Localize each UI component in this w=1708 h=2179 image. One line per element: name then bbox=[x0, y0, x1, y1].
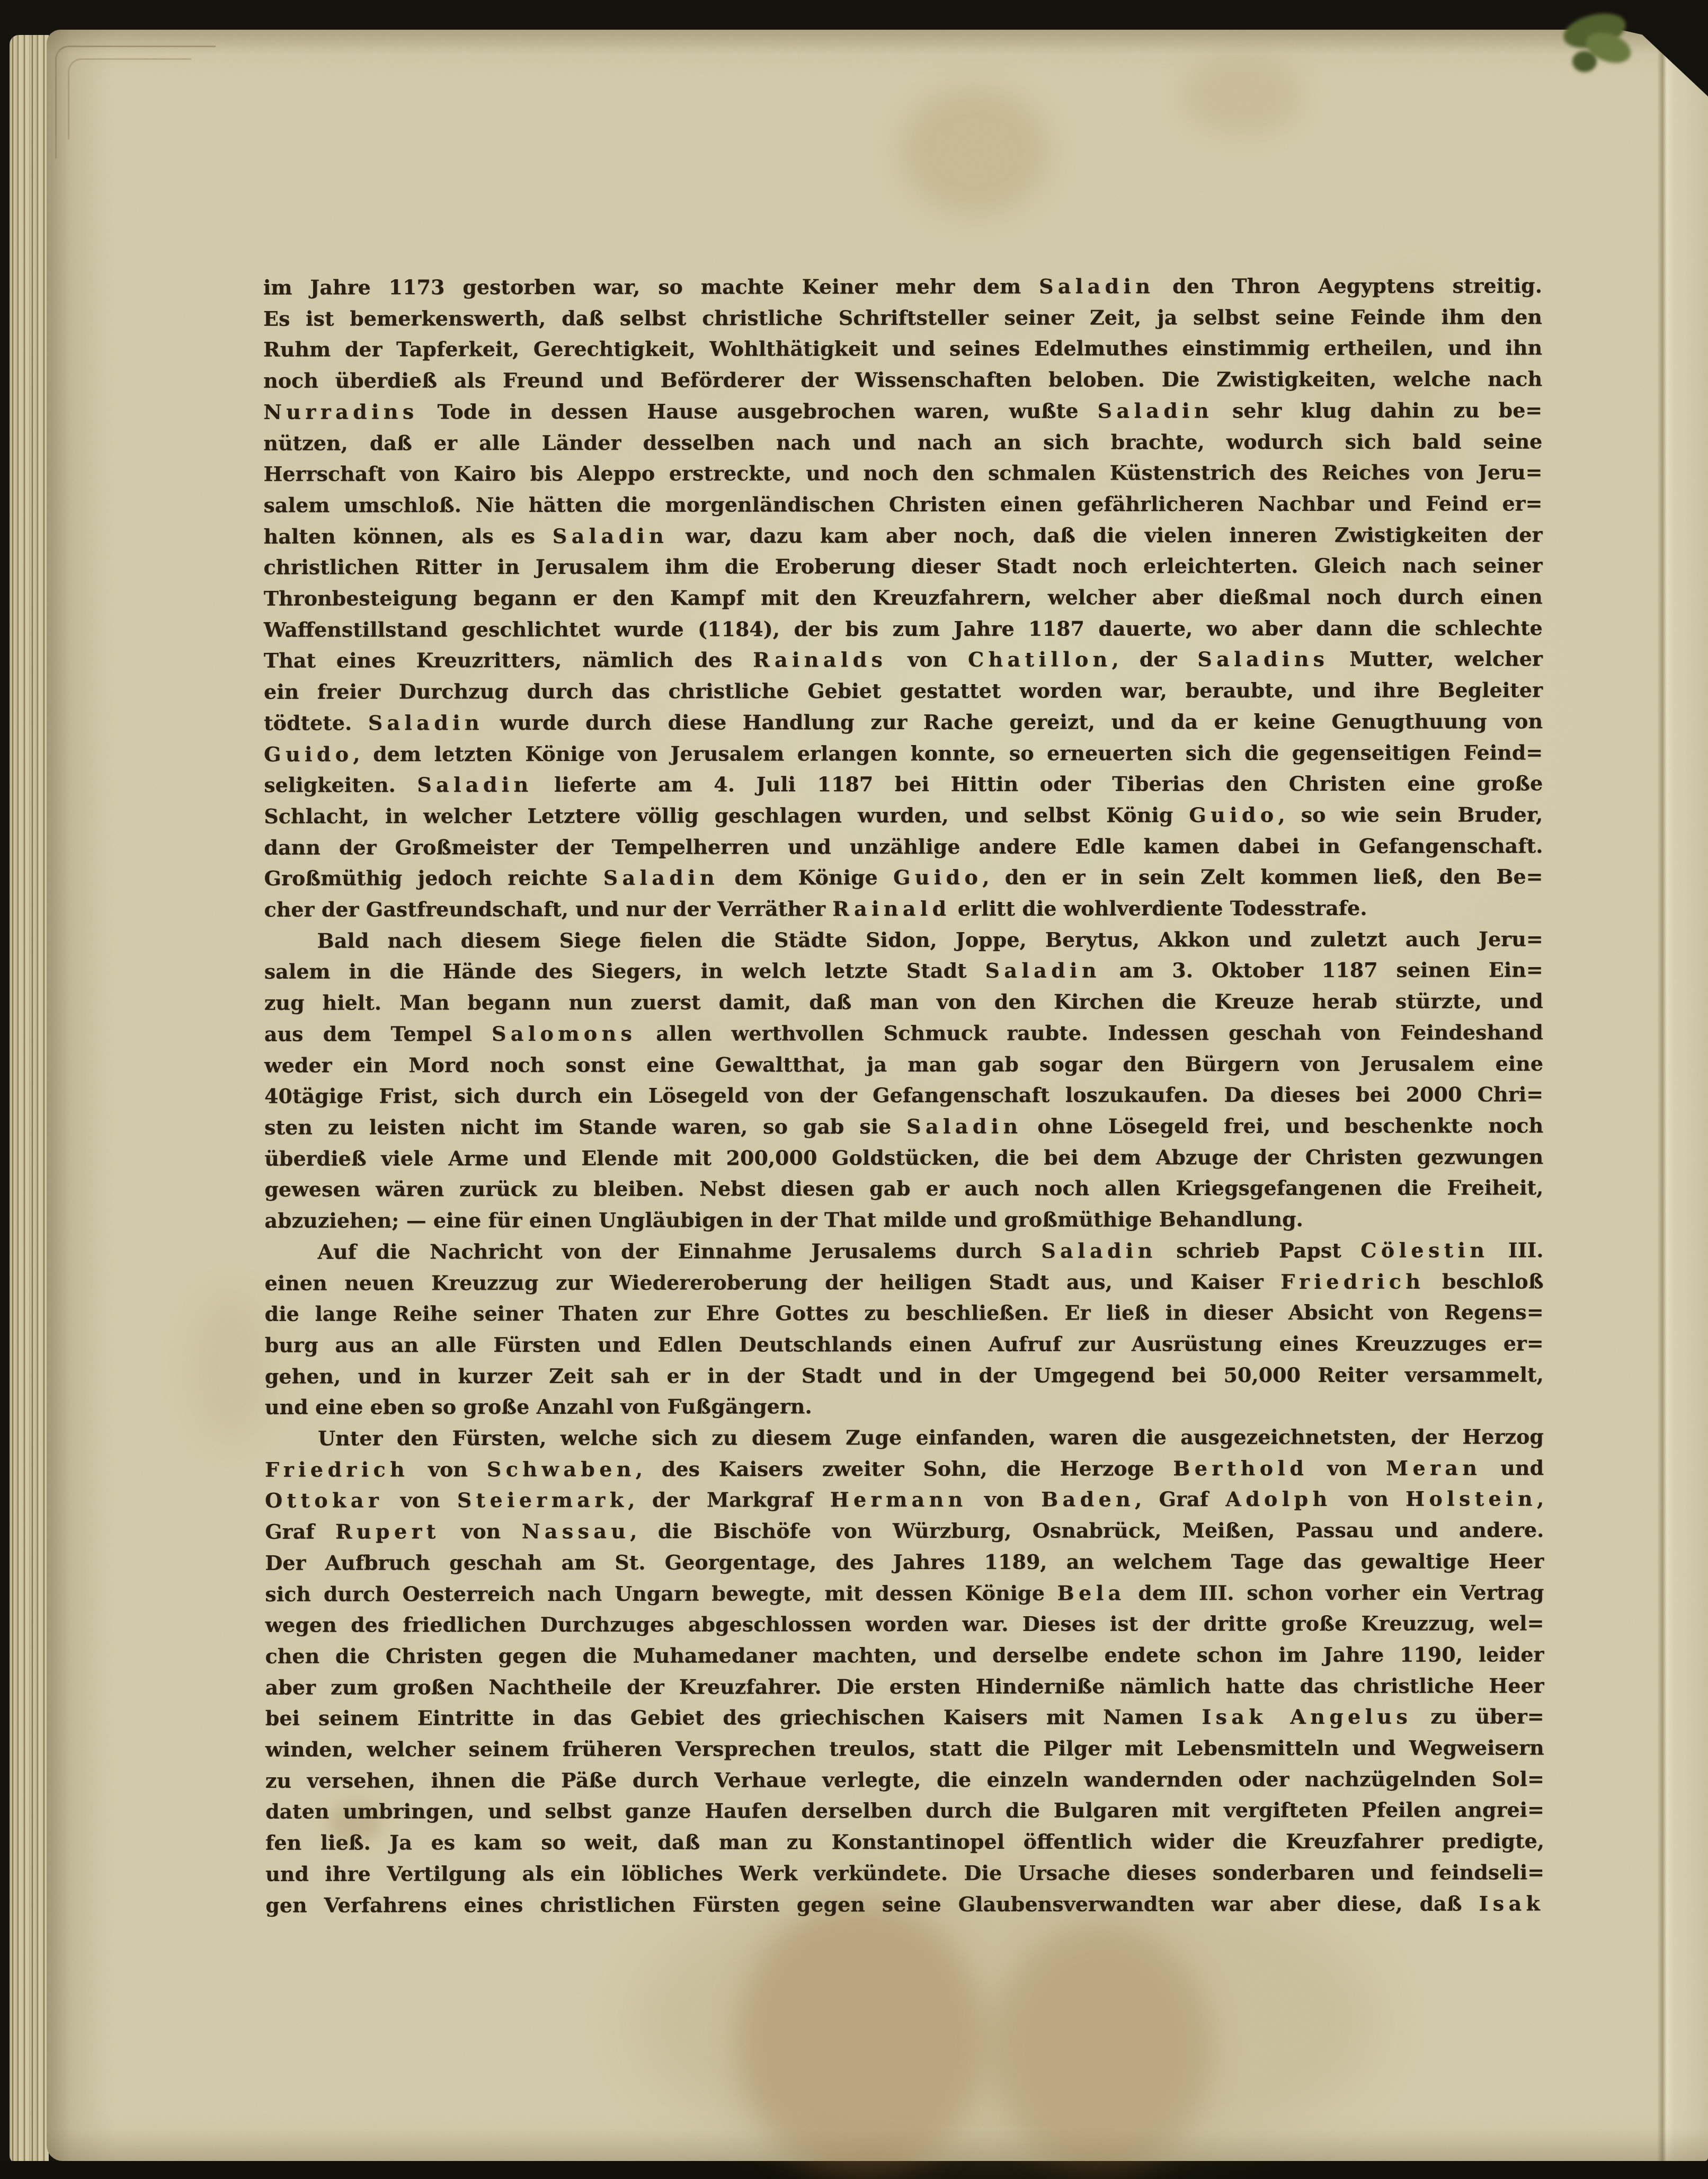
text-line: ein freier Durchzug durch das christlich… bbox=[264, 675, 1543, 707]
letter-spaced-name: Hermann bbox=[830, 1487, 967, 1511]
text-line: Auf die Nachricht von der Einnahme Jerus… bbox=[264, 1235, 1543, 1268]
letter-spaced-name: Saladin bbox=[1098, 398, 1213, 422]
text-line: Waffenstillstand geschlichtet wurde (118… bbox=[264, 613, 1543, 645]
text-line: christlichen Ritter in Jerusalem ihm die… bbox=[264, 551, 1543, 583]
letter-spaced-name: Friedrich bbox=[265, 1457, 409, 1481]
letter-spaced-name: Saladin bbox=[368, 711, 484, 734]
letter-spaced-name: Saladin bbox=[603, 866, 719, 890]
text-line: aus dem Tempel Salomons allen werthvolle… bbox=[264, 1017, 1543, 1050]
text-line: salem umschloß. Nie hätten die morgenlän… bbox=[263, 488, 1542, 521]
text-line: weder ein Mord noch sonst eine Gewalttha… bbox=[264, 1048, 1543, 1081]
text-line: Ruhm der Tapferkeit, Gerechtigkeit, Wohl… bbox=[263, 333, 1542, 366]
text-line: zu versehen, ihnen die Päße durch Verhau… bbox=[265, 1764, 1544, 1796]
text-line: chen die Christen gegen die Muhamedaner … bbox=[265, 1639, 1544, 1672]
text-line: Friedrich von Schwaben, des Kaisers zwei… bbox=[265, 1452, 1544, 1485]
text-line: daten umbringen, und selbst ganze Haufen… bbox=[265, 1795, 1544, 1828]
letter-spaced-name: Bela bbox=[1057, 1581, 1126, 1605]
letter-spaced-name: Salomons bbox=[492, 1022, 636, 1046]
letter-spaced-name: Rainald bbox=[832, 897, 950, 920]
page-text-block: im Jahre 1173 gestorben war, so machte K… bbox=[263, 270, 1544, 1921]
letter-spaced-name: Guido bbox=[1189, 803, 1278, 827]
text-line: wegen des friedlichen Durchzuges abgesch… bbox=[265, 1608, 1544, 1641]
text-line: Herrschaft von Kairo bis Aleppo erstreck… bbox=[263, 457, 1542, 490]
text-line: seligkeiten. Saladin lieferte am 4. Juli… bbox=[264, 768, 1543, 801]
page-stack-edges bbox=[10, 35, 49, 2163]
letter-spaced-name: Ottokar bbox=[265, 1489, 383, 1512]
letter-spaced-name: Nassau bbox=[522, 1519, 630, 1543]
text-line: bei seinem Eintritte in das Gebiet des g… bbox=[265, 1702, 1544, 1734]
text-line: Der Aufbruch geschah am St. Georgentage,… bbox=[265, 1546, 1544, 1579]
letter-spaced-name: Rainalds bbox=[753, 648, 887, 671]
text-line: burg aus an alle Fürsten und Edlen Deuts… bbox=[265, 1328, 1544, 1361]
scan-background-top bbox=[0, 0, 1708, 30]
text-line: sten zu leisten nicht im Stande waren, s… bbox=[264, 1110, 1543, 1143]
text-line: gen Verfahrens eines christlichen Fürste… bbox=[265, 1888, 1544, 1921]
letter-spaced-name: Rupert bbox=[335, 1519, 440, 1543]
letter-spaced-name: Guido bbox=[893, 865, 982, 889]
text-line: und ihre Vertilgung als ein löbliches We… bbox=[265, 1857, 1544, 1890]
scanned-book-page: im Jahre 1173 gestorben war, so machte K… bbox=[0, 0, 1708, 2179]
text-line: Schlacht, in welcher Letztere völlig ges… bbox=[264, 799, 1543, 832]
text-line: und eine eben so große Anzahl von Fußgän… bbox=[265, 1390, 1544, 1423]
text-line: salem in die Hände des Siegers, in welch… bbox=[264, 955, 1543, 988]
text-line: nützen, daß er alle Länder desselben nac… bbox=[263, 426, 1542, 459]
text-line: im Jahre 1173 gestorben war, so machte K… bbox=[263, 270, 1542, 303]
scan-background-left bbox=[0, 0, 11, 2179]
letter-spaced-name: Nurradins bbox=[263, 400, 418, 423]
text-line: Guido, dem letzten Könige von Jerusalem … bbox=[264, 737, 1543, 770]
letter-spaced-name: Guido bbox=[264, 742, 353, 766]
text-line: Graf Rupert von Nassau, die Bischöfe von… bbox=[265, 1514, 1544, 1547]
text-line: gewesen wären zurück zu bleiben. Nebst d… bbox=[264, 1173, 1543, 1206]
text-line: Ottokar von Steiermark, der Markgraf Her… bbox=[265, 1484, 1544, 1517]
text-line: sich durch Oesterreich nach Ungarn beweg… bbox=[265, 1577, 1544, 1610]
letter-spaced-name: Saladin bbox=[553, 524, 668, 547]
letter-spaced-name: Saladin bbox=[1041, 1238, 1157, 1262]
text-line: halten können, als es Saladin war, dazu … bbox=[263, 519, 1542, 552]
letter-spaced-name: Holstein bbox=[1405, 1487, 1537, 1511]
text-line: fen ließ. Ja es kam so weit, daß man zu … bbox=[265, 1826, 1544, 1858]
letter-spaced-name: Saladin bbox=[985, 959, 1100, 982]
letter-spaced-name: Isak Angelus bbox=[1202, 1705, 1412, 1729]
text-line: abzuziehen; — eine für einen Ungläubigen… bbox=[264, 1203, 1543, 1236]
underpage-edge-line bbox=[68, 58, 191, 139]
letter-spaced-name: Chatillon bbox=[968, 648, 1112, 671]
text-line: zug hielt. Man begann nun zuerst damit, … bbox=[264, 986, 1543, 1018]
letter-spaced-name: Schwaben bbox=[487, 1457, 636, 1481]
text-line: dann der Großmeister der Tempelherren un… bbox=[264, 830, 1543, 863]
letter-spaced-name: Saladin bbox=[1039, 274, 1154, 298]
scan-background-bottom bbox=[0, 2161, 1708, 2179]
text-line: Unter den Fürsten, welche sich zu diesem… bbox=[265, 1421, 1544, 1454]
letter-spaced-name: Saladin bbox=[906, 1114, 1022, 1138]
text-line: Thronbesteigung begann er den Kampf mit … bbox=[264, 581, 1543, 614]
text-line: Es ist bemerkenswerth, daß selbst christ… bbox=[263, 302, 1542, 334]
letter-spaced-name: Saladins bbox=[1197, 647, 1329, 671]
letter-spaced-name: Cölestin bbox=[1360, 1238, 1489, 1262]
letter-spaced-name: Meran bbox=[1386, 1456, 1481, 1480]
letter-spaced-name: Steiermark bbox=[457, 1488, 628, 1512]
text-line: That eines Kreuzritters, nämlich des Rai… bbox=[264, 644, 1543, 677]
letter-spaced-name: Adolph bbox=[1225, 1487, 1331, 1511]
text-line: einen neuen Kreuzzug zur Wiedereroberung… bbox=[264, 1266, 1543, 1299]
text-line: 40tägige Frist, sich durch ein Lösegeld … bbox=[264, 1079, 1543, 1112]
text-line: Nurradins Tode in dessen Hause ausgebroc… bbox=[263, 395, 1542, 428]
letter-spaced-name: Berthold bbox=[1173, 1456, 1308, 1480]
text-line: cher der Gastfreundschaft, und nur der V… bbox=[264, 892, 1543, 925]
text-line: Großmüthig jedoch reichte Saladin dem Kö… bbox=[264, 862, 1543, 894]
letter-spaced-name: Friedrich bbox=[1280, 1269, 1425, 1293]
text-line: tödtete. Saladin wurde durch diese Handl… bbox=[264, 706, 1543, 739]
green-fiber-fragment bbox=[1572, 51, 1597, 72]
text-line: aber zum großen Nachtheile der Kreuzfahr… bbox=[265, 1670, 1544, 1703]
letter-spaced-name: Saladin bbox=[417, 773, 532, 796]
text-line: noch überdieß als Freund und Beförderer … bbox=[263, 364, 1542, 396]
text-line: Bald nach diesem Siege fielen die Städte… bbox=[264, 924, 1543, 956]
text-line: die lange Reihe seiner Thaten zur Ehre G… bbox=[265, 1297, 1544, 1330]
letter-spaced-name: Baden bbox=[1041, 1487, 1135, 1511]
text-line: winden, welcher seinem früheren Versprec… bbox=[265, 1732, 1544, 1765]
text-line: gehen, und in kurzer Zeit sah er in der … bbox=[265, 1359, 1544, 1392]
letter-spaced-name: Isak bbox=[1479, 1891, 1545, 1915]
text-line: überdieß viele Arme und Elende mit 200,0… bbox=[264, 1141, 1543, 1174]
